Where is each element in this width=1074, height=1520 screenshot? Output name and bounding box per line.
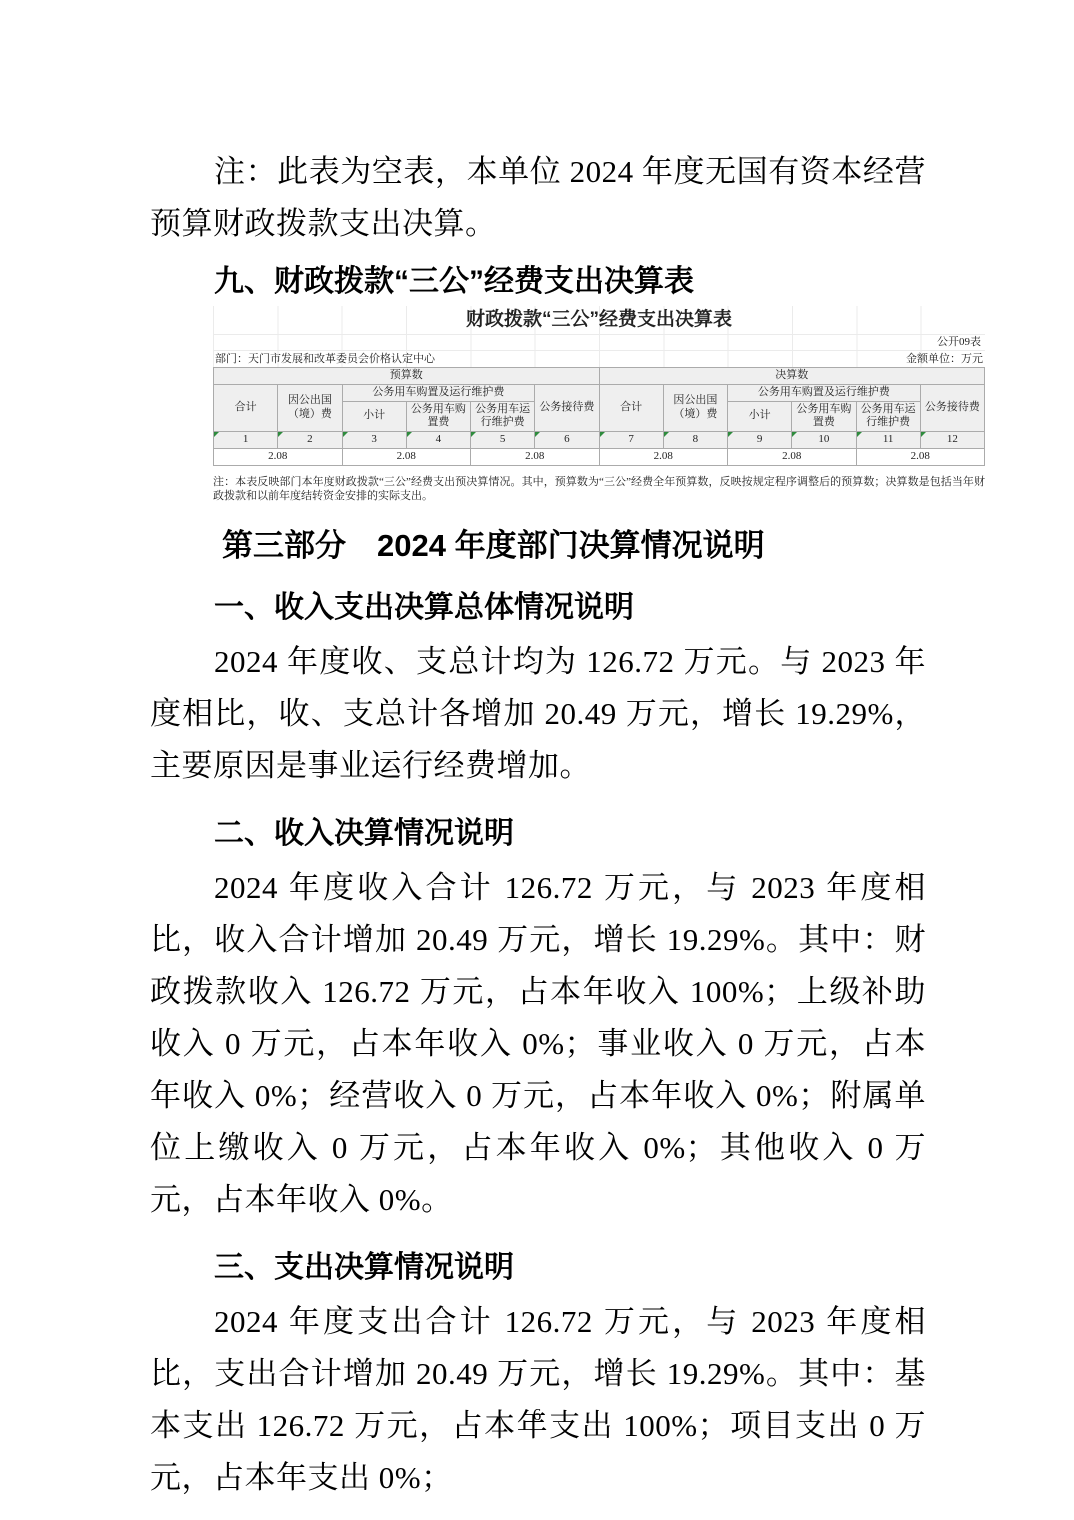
table-title: 财政拨款“三公”经费支出决算表 bbox=[213, 306, 985, 335]
header-cell-final-abroad: 因公出国（境）费 bbox=[663, 384, 727, 431]
column-number: 6 bbox=[564, 433, 570, 445]
document-page: 注：此表为空表，本单位 2024 年度无国有资本经营预算财政拨款支出决算。 九、… bbox=[0, 0, 1074, 1504]
header-cell-final-operation: 公务用车运行维护费 bbox=[856, 401, 920, 432]
green-corner-flag-icon bbox=[664, 432, 669, 437]
three-public-funds-table-image: 财政拨款“三公”经费支出决算表 公开09表 部门：天门市发展和改革委员会价格认定… bbox=[213, 306, 985, 504]
page-number: 6 bbox=[0, 1405, 1074, 1425]
table-unit-label: 金额单位：万元 bbox=[906, 351, 983, 367]
table-note: 注：本表反映部门本年度财政拨款“三公”经费支出预决算情况。其中，预算数为“三公”… bbox=[213, 475, 985, 504]
value-cell-budget-operation: 2.08 bbox=[471, 448, 600, 465]
group-header-row: 预算数 决算数 bbox=[214, 368, 985, 385]
column-number-cell: 3 bbox=[342, 432, 406, 449]
header-cell-budget-vehicle: 公务用车购置及运行维护费 bbox=[342, 384, 535, 401]
intro-note: 注：此表为空表，本单位 2024 年度无国有资本经营预算财政拨款支出决算。 bbox=[150, 146, 926, 250]
column-number-cell: 11 bbox=[856, 432, 920, 449]
green-corner-flag-icon bbox=[278, 432, 283, 437]
section-three-body: 2024 年度支出合计 126.72 万元，与 2023 年度相比，支出合计增加… bbox=[150, 1296, 926, 1504]
header-cell-final-reception: 公务接待费 bbox=[920, 384, 984, 431]
section-nine-heading: 九、财政拨款“三公”经费支出决算表 bbox=[150, 264, 926, 300]
value-cell-final-subtotal: 2.08 bbox=[728, 448, 857, 465]
green-corner-flag-icon bbox=[600, 432, 605, 437]
value-cell-final-total: 2.08 bbox=[599, 448, 728, 465]
column-number-cell: 9 bbox=[728, 432, 792, 449]
green-corner-flag-icon bbox=[471, 432, 476, 437]
header-cell-budget-abroad: 因公出国（境）费 bbox=[278, 384, 342, 431]
column-number-cell: 4 bbox=[406, 432, 470, 449]
table-form-code: 公开09表 bbox=[213, 335, 985, 351]
section-two-body: 2024 年度收入合计 126.72 万元，与 2023 年度相比，收入合计增加… bbox=[150, 862, 926, 1226]
column-number-cell: 12 bbox=[920, 432, 984, 449]
column-number-cell: 2 bbox=[278, 432, 342, 449]
header-cell-budget-operation: 公务用车运行维护费 bbox=[471, 401, 535, 432]
green-corner-flag-icon bbox=[728, 432, 733, 437]
section-one-body: 2024 年度收、支总计均为 126.72 万元。与 2023 年度相比，收、支… bbox=[150, 636, 926, 792]
column-number-cell: 5 bbox=[471, 432, 535, 449]
section-one-heading: 一、收入支出决算总体情况说明 bbox=[150, 590, 926, 626]
column-number: 1 bbox=[243, 433, 249, 445]
section-two-heading: 二、收入决算情况说明 bbox=[150, 816, 926, 852]
data-row: 2.08 2.08 2.08 2.08 2.08 2.08 bbox=[214, 448, 985, 465]
header-cell-final-subtotal: 小计 bbox=[728, 401, 792, 432]
column-number: 10 bbox=[818, 433, 829, 445]
table-meta-row: 部门：天门市发展和改革委员会价格认定中心 金额单位：万元 bbox=[213, 351, 985, 367]
header-cell-budget-subtotal: 小计 bbox=[342, 401, 406, 432]
column-number-cell: 10 bbox=[792, 432, 856, 449]
budget-group-header: 预算数 bbox=[214, 368, 600, 385]
header-cell-final-total: 合计 bbox=[599, 384, 663, 431]
green-corner-flag-icon bbox=[792, 432, 797, 437]
green-corner-flag-icon bbox=[214, 432, 219, 437]
value-cell-budget-subtotal: 2.08 bbox=[342, 448, 471, 465]
column-number-cell: 1 bbox=[214, 432, 278, 449]
column-number: 8 bbox=[693, 433, 699, 445]
column-number: 2 bbox=[307, 433, 313, 445]
column-number: 7 bbox=[628, 433, 634, 445]
column-number: 4 bbox=[436, 433, 442, 445]
table-department: 部门：天门市发展和改革委员会价格认定中心 bbox=[215, 351, 435, 367]
green-corner-flag-icon bbox=[857, 432, 862, 437]
value-cell-final-operation: 2.08 bbox=[856, 448, 985, 465]
section-three-heading: 三、支出决算情况说明 bbox=[150, 1250, 926, 1286]
column-number-row: 1 2 3 4 5 6 7 8 9 10 11 12 bbox=[214, 432, 985, 449]
column-number-cell: 8 bbox=[663, 432, 727, 449]
green-corner-flag-icon bbox=[535, 432, 540, 437]
table-top-area: 财政拨款“三公”经费支出决算表 公开09表 部门：天门市发展和改革委员会价格认定… bbox=[213, 306, 985, 367]
column-number: 3 bbox=[371, 433, 377, 445]
value-cell-budget-total: 2.08 bbox=[214, 448, 343, 465]
column-number: 11 bbox=[883, 433, 894, 445]
column-number-cell: 6 bbox=[535, 432, 599, 449]
green-corner-flag-icon bbox=[343, 432, 348, 437]
final-group-header: 决算数 bbox=[599, 368, 985, 385]
header-cell-final-purchase: 公务用车购置费 bbox=[792, 401, 856, 432]
part-three-heading: 第三部分 2024 年度部门决算情况说明 bbox=[150, 526, 926, 566]
header-row-1: 合计 因公出国（境）费 公务用车购置及运行维护费 公务接待费 合计 因公出国（境… bbox=[214, 384, 985, 401]
green-corner-flag-icon bbox=[921, 432, 926, 437]
header-cell-budget-total: 合计 bbox=[214, 384, 278, 431]
green-corner-flag-icon bbox=[407, 432, 412, 437]
column-number: 9 bbox=[757, 433, 763, 445]
column-number: 12 bbox=[947, 433, 958, 445]
column-number: 5 bbox=[500, 433, 506, 445]
header-cell-budget-reception: 公务接待费 bbox=[535, 384, 599, 431]
header-cell-final-vehicle: 公务用车购置及运行维护费 bbox=[728, 384, 921, 401]
column-number-cell: 7 bbox=[599, 432, 663, 449]
three-public-funds-table: 预算数 决算数 合计 因公出国（境）费 公务用车购置及运行维护费 公务接待费 合… bbox=[213, 367, 985, 466]
header-cell-budget-purchase: 公务用车购置费 bbox=[406, 401, 470, 432]
